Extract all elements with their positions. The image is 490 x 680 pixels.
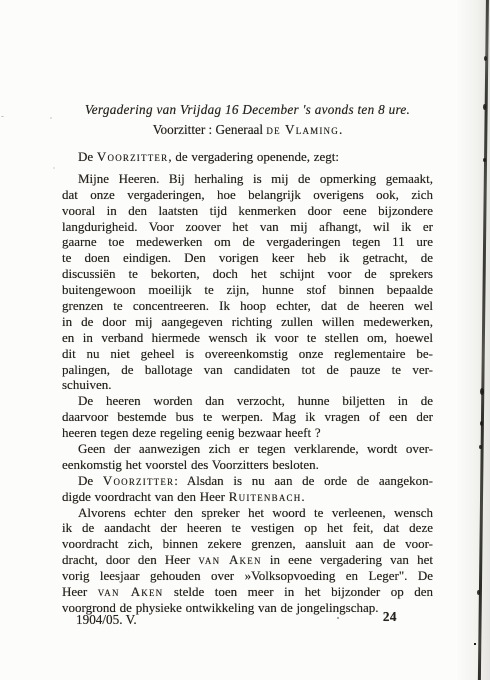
line-pre: digde voordracht van den Heer (62, 489, 229, 504)
paragraph-5: Alvorens echter den spreker het woord te… (62, 505, 433, 616)
text-block: Vergadering van Vrijdag 16 December 's a… (62, 101, 433, 616)
page-number: 24 (383, 609, 397, 625)
lecturer-name: Ruitenbach (229, 489, 302, 504)
paragraph-3: Geen der aanwezigen zich er tegen verkla… (62, 441, 433, 473)
chair-line-period: . (339, 122, 342, 137)
text-line: palingen, de ballotage van candidaten to… (62, 362, 433, 378)
opening-line: De Voorzitter, de vergadering openende, … (62, 149, 433, 165)
text-line: discussiën te bekorten, doch het schijnt… (62, 266, 433, 282)
volume-label: 1904/05. V. (76, 612, 137, 628)
text-line: schuiven. (62, 377, 433, 393)
line-pre: De (78, 473, 103, 488)
line-post: in eene vergadering van het (262, 552, 433, 567)
opening-post: , de vergadering openende, zegt: (168, 149, 339, 164)
ink-blob (483, 104, 486, 110)
text-line: voordracht zich, binnen zekere grenzen, … (62, 536, 433, 552)
text-line: eenkomstig het voorstel des Voorzitters … (62, 457, 433, 473)
text-line: De heeren worden dan verzocht, hunne bil… (62, 393, 433, 409)
text-line: De Voorzitter: Alsdan is nu aan de orde … (62, 473, 433, 489)
ink-blob (480, 388, 484, 395)
line-pre: dracht, door den Heer (62, 552, 198, 567)
text-line: in de door mij aangegeven richting zulle… (62, 314, 433, 330)
text-line: Mijne Heeren. Bij herhaling is mij de op… (62, 171, 433, 187)
text-line: digde voordracht van den Heer Ruitenbach… (62, 489, 433, 505)
text-line: te doen eindigen. Den vorigen keer heb i… (62, 250, 433, 266)
speaker-name: Voorzitter (97, 149, 168, 164)
text-line: ik de aandacht der heeren te vestigen op… (62, 520, 433, 536)
opening-pre: De (78, 149, 97, 164)
previous-speaker-name: van Aken (198, 552, 261, 567)
ink-blob (484, 56, 487, 61)
text-line: heeren tegen deze regeling eenig bezwaar… (62, 425, 433, 441)
speaker-name: Voorzitter (103, 473, 174, 488)
text-line: Alvorens echter den spreker het woord te… (62, 505, 433, 521)
text-line: langdurigheid. Voor zoover het van mij a… (62, 219, 433, 235)
scanned-page: Vergadering van Vrijdag 16 December 's a… (0, 0, 490, 680)
text-line: vooral in den laatsten tijd kenmerken do… (62, 203, 433, 219)
dust-speck (474, 643, 476, 645)
text-line: vorig leesjaar gehouden over »Volksopvoe… (62, 568, 433, 584)
text-line: Heer van Aken stelde toen meer in het bi… (62, 584, 433, 600)
line-post: : Alsdan is nu aan de orde de aangekon- (174, 473, 433, 488)
page-footer: 1904/05. V. 24 (62, 612, 433, 630)
chair-line: Voorzitter : Generaal de Vlaming. (62, 121, 433, 138)
text-line: dit nu niet geheel is overeenkomstig onz… (62, 346, 433, 362)
scan-edge-line (477, 0, 488, 680)
dust-speck (50, 117, 52, 119)
meeting-heading: Vergadering van Vrijdag 16 December 's a… (62, 101, 433, 118)
ink-blob (479, 445, 482, 449)
chair-name: de Vlaming (266, 122, 339, 137)
line-post: stelde toen meer in het bijzonder op den (163, 584, 433, 599)
text-line: dat onze vergaderingen, hoe belangrijk o… (62, 187, 433, 203)
paragraph-4: De Voorzitter: Alsdan is nu aan de orde … (62, 473, 433, 505)
ink-blob (483, 158, 486, 162)
text-line: grenzen te concentreeren. Ik hoop echter… (62, 298, 433, 314)
text-line: buitengewoon moeilijk te zijn, hunne sto… (62, 282, 433, 298)
text-line: gaarne toe medewerken om de vergaderinge… (62, 234, 433, 250)
dust-speck (1, 116, 4, 117)
dust-speck (337, 617, 339, 619)
text-line: dracht, door den Heer van Aken in eene v… (62, 552, 433, 568)
ink-blob (477, 590, 480, 595)
text-line: en in verband hiermede wensch ik voor te… (62, 330, 433, 346)
line-pre: Heer (62, 584, 98, 599)
dust-speck (53, 167, 55, 169)
text-line: Geen der aanwezigen zich er tegen verkla… (62, 441, 433, 457)
line-post: . (301, 489, 304, 504)
paragraph-2: De heeren worden dan verzocht, hunne bil… (62, 393, 433, 441)
chair-line-text: Voorzitter : Generaal (153, 122, 267, 137)
paragraph-1: Mijne Heeren. Bij herhaling is mij de op… (62, 171, 433, 393)
text-line: daarvoor bestemde bus te werpen. Mag ik … (62, 409, 433, 425)
previous-speaker-name: van Aken (98, 584, 164, 599)
ink-blob (480, 421, 483, 426)
